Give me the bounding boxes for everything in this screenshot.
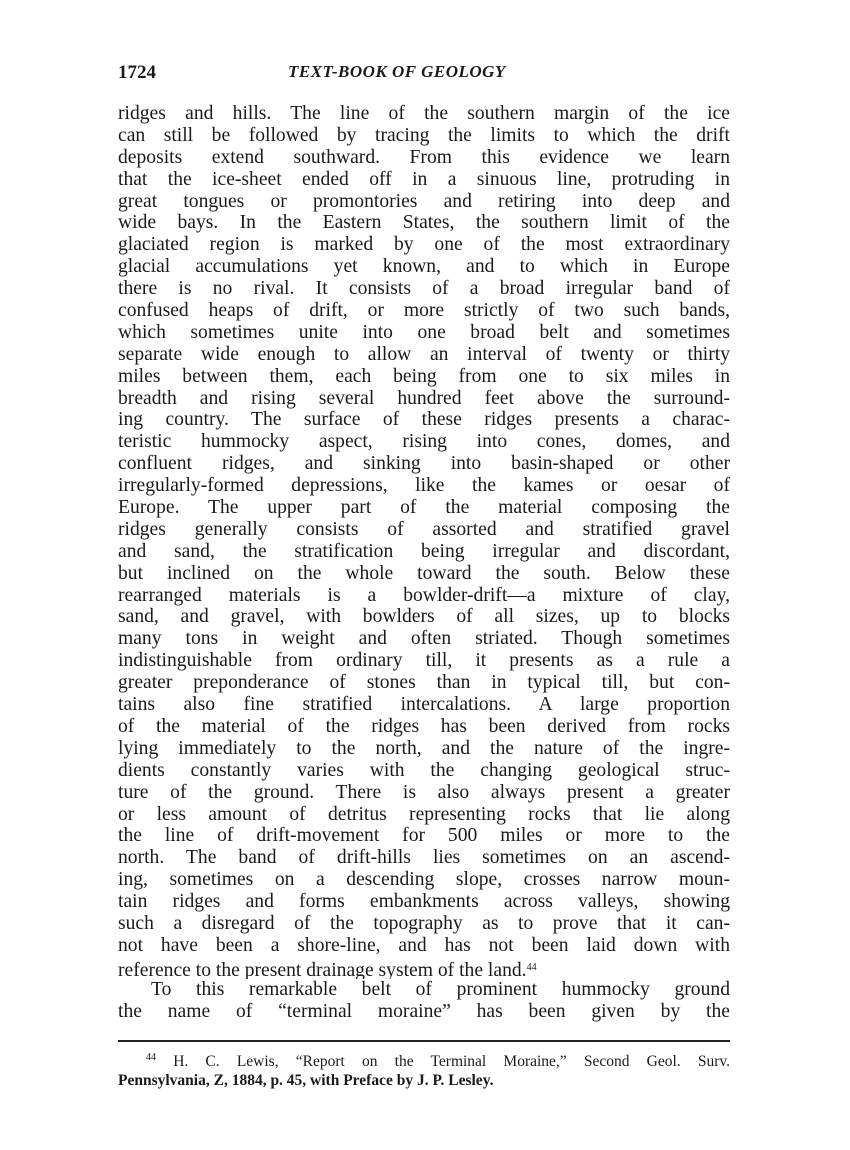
footnote-text: H. C. Lewis, “Report on the Terminal Mor… — [173, 1053, 730, 1070]
text-line: ridges generally consists of assorted an… — [118, 519, 730, 541]
footnote: 44 H. C. Lewis, “Report on the Terminal … — [118, 1048, 730, 1090]
text-line: greater preponderance of stones than in … — [118, 672, 730, 694]
text-line: teristic hummocky aspect, rising into co… — [118, 431, 730, 453]
text-line: many tons in weight and often striated. … — [118, 628, 730, 650]
text-line: reference to the present drainage system… — [118, 957, 730, 979]
running-title: TEXT-BOOK OF GEOLOGY — [288, 62, 506, 82]
text-line: deposits extend southward. From this evi… — [118, 147, 730, 169]
text-line: north. The band of drift-hills lies some… — [118, 847, 730, 869]
text-line: can still be followed by tracing the lim… — [118, 125, 730, 147]
text-line: which sometimes unite into one broad bel… — [118, 322, 730, 344]
text-line: confluent ridges, and sinking into basin… — [118, 453, 730, 475]
footnote-line: Pennsylvania, Z, 1884, p. 45, with Prefa… — [118, 1071, 730, 1090]
text-line: glaciated region is marked by one of the… — [118, 234, 730, 256]
text-line: there is no rival. It consists of a broa… — [118, 278, 730, 300]
text-line: the name of “terminal moraine” has been … — [118, 1001, 730, 1023]
text-line: dients constantly varies with the changi… — [118, 760, 730, 782]
text-line: irregularly-formed depressions, like the… — [118, 475, 730, 497]
text-line: and sand, the stratification being irreg… — [118, 541, 730, 563]
text-line: ing, sometimes on a descending slope, cr… — [118, 869, 730, 891]
text-line: glacial accumulations yet known, and to … — [118, 256, 730, 278]
text-line: the line of drift-movement for 500 miles… — [118, 825, 730, 847]
text-line: that the ice-sheet ended off in a sinuou… — [118, 169, 730, 191]
text-line: sand, and gravel, with bowlders of all s… — [118, 606, 730, 628]
text-line: indistinguishable from ordinary till, it… — [118, 650, 730, 672]
text-line: ridges and hills. The line of the southe… — [118, 103, 730, 125]
footnote-marker: 44 — [146, 1052, 156, 1063]
page-header: 1724 TEXT-BOOK OF GEOLOGY — [118, 62, 730, 86]
text-line: rearranged materials is a bowlder-drift—… — [118, 585, 730, 607]
text-line: not have been a shore-line, and has not … — [118, 935, 730, 957]
text-line: but inclined on the whole toward the sou… — [118, 563, 730, 585]
text-line: ture of the ground. There is also always… — [118, 782, 730, 804]
text-line: tain ridges and forms embankments across… — [118, 891, 730, 913]
text-line: Europe. The upper part of the material c… — [118, 497, 730, 519]
text-line: separate wide enough to allow an interva… — [118, 344, 730, 366]
text-line: such a disregard of the topography as to… — [118, 913, 730, 935]
paragraph-start-line: To this remarkable belt of prominent hum… — [118, 979, 730, 1001]
text-line-content: reference to the present drainage system… — [118, 960, 527, 979]
text-line: confused heaps of drift, or more strictl… — [118, 300, 730, 322]
page-number: 1724 — [118, 62, 156, 84]
text-line: ing country. The surface of these ridges… — [118, 409, 730, 431]
text-line: great tongues or promontories and retiri… — [118, 191, 730, 213]
footnote-line: 44 H. C. Lewis, “Report on the Terminal … — [118, 1048, 730, 1071]
text-line: breadth and rising several hundred feet … — [118, 388, 730, 410]
text-line: of the material of the ridges has been d… — [118, 716, 730, 738]
text-line: wide bays. In the Eastern States, the so… — [118, 212, 730, 234]
text-line: or less amount of detritus representing … — [118, 804, 730, 826]
footnote-divider — [118, 1040, 730, 1042]
body-text: ridges and hills. The line of the southe… — [118, 103, 730, 1022]
text-line: lying immediately to the north, and the … — [118, 738, 730, 760]
text-line: tains also fine stratified intercalation… — [118, 694, 730, 716]
footnote-reference[interactable]: 44 — [527, 962, 537, 973]
text-line: miles between them, each being from one … — [118, 366, 730, 388]
